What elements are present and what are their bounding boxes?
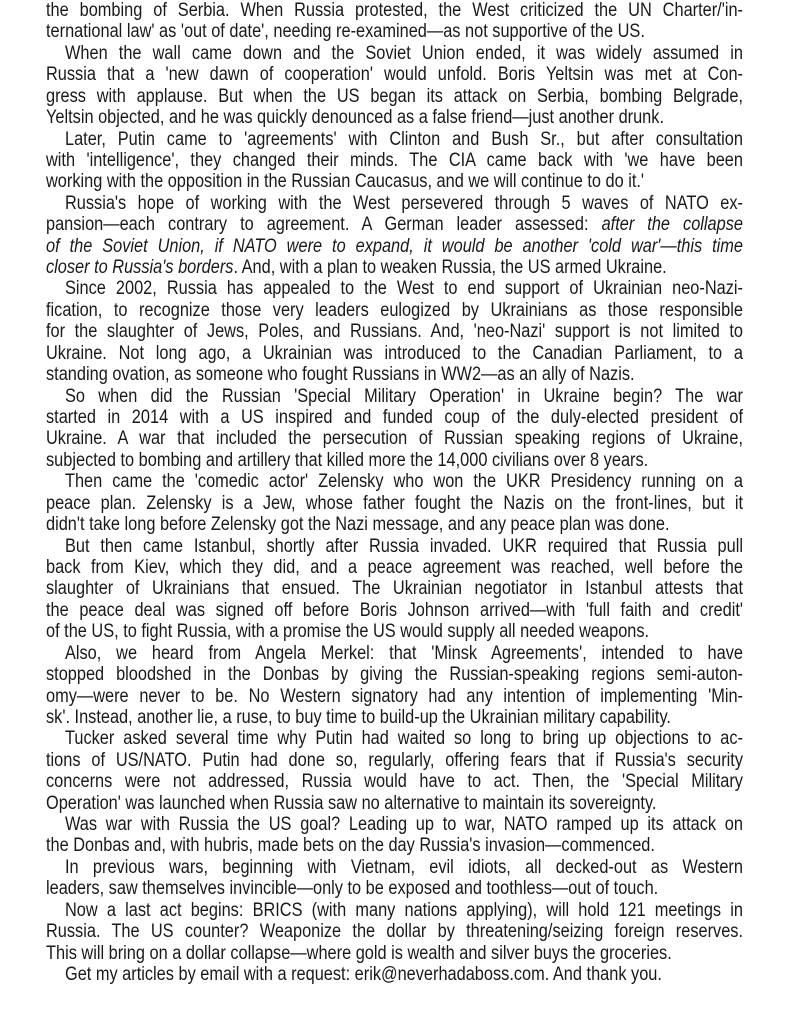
line-content: When the wall came down and the Soviet U…	[46, 43, 743, 64]
text-line: of the US, to fight Russia, with a promi…	[46, 621, 743, 642]
line-content: But then came Istanbul, shortly after Ru…	[46, 536, 743, 557]
line-text: This will bring on a dollar collapse—whe…	[46, 943, 672, 964]
line-text: pansion—each contrary to agreement. A Ge…	[46, 214, 602, 235]
text-line: leaders, saw themselves invincible—only …	[46, 878, 743, 899]
line-text: back from Kiev, which they did, and a pe…	[46, 557, 743, 578]
text-line: Russia that a 'new dawn of cooperation' …	[46, 64, 743, 85]
line-text: didn't take long before Zelensky got the…	[46, 514, 670, 535]
line-content: Now a last act begins: BRICS (with many …	[46, 900, 743, 921]
line-content: Yeltsin objected, and he was quickly den…	[46, 107, 743, 128]
paragraph-first-line: Since 2002, Russia has appealed to the W…	[46, 278, 743, 299]
line-text: In previous wars, beginning with Vietnam…	[65, 857, 743, 878]
line-content: Tucker asked several time why Putin had …	[46, 728, 743, 749]
line-content: Then came the 'comedic actor' Zelensky w…	[46, 471, 743, 492]
line-content: Russia's hope of working with the West p…	[46, 193, 743, 214]
line-content: Russia. The US counter? Weaponize the do…	[46, 921, 743, 942]
line-content: peace plan. Zelensky is a Jew, whose fat…	[46, 493, 743, 514]
line-text: Then came the 'comedic actor' Zelensky w…	[65, 471, 743, 492]
line-content: for the slaughter of Jews, Poles, and Ru…	[46, 321, 743, 342]
line-content: So when did the Russian 'Special Militar…	[46, 386, 743, 407]
line-text: Was war with Russia the US goal? Leading…	[65, 814, 743, 835]
line-content: leaders, saw themselves invincible—only …	[46, 878, 743, 899]
line-text: When the wall came down and the Soviet U…	[65, 43, 743, 64]
line-content: subjected to bombing and artillery that …	[46, 450, 743, 471]
line-content: working with the opposition in the Russi…	[46, 171, 743, 192]
text-line: working with the opposition in the Russi…	[46, 171, 743, 192]
line-content: Since 2002, Russia has appealed to the W…	[46, 278, 743, 299]
text-line: Russia. The US counter? Weaponize the do…	[46, 921, 743, 942]
text-line: closer to Russia's borders. And, with a …	[46, 257, 743, 278]
line-content: stopped bloodshed in the Donbas by givin…	[46, 664, 743, 685]
text-line: concerns were not addressed, Russia woul…	[46, 771, 743, 792]
line-content: closer to Russia's borders. And, with a …	[46, 257, 743, 278]
line-text: the peace deal was signed off before Bor…	[46, 600, 743, 621]
text-line: for the slaughter of Jews, Poles, and Ru…	[46, 321, 743, 342]
line-content: Also, we heard from Angela Merkel: that …	[46, 643, 743, 664]
line-content: the bombing of Serbia. When Russia prote…	[46, 0, 743, 21]
line-text: Get my articles by email with a request:…	[65, 964, 662, 985]
line-content: This will bring on a dollar collapse—whe…	[46, 943, 743, 964]
italic-quote: closer to Russia's borders	[46, 257, 233, 278]
line-content: fication, to recognize those very leader…	[46, 300, 743, 321]
text-line: Ukraine. A war that included the persecu…	[46, 428, 743, 449]
text-line: started in 2014 with a US inspired and f…	[46, 407, 743, 428]
article-text: the bombing of Serbia. When Russia prote…	[46, 0, 743, 985]
line-text: Russia's hope of working with the West p…	[65, 193, 743, 214]
line-content: In previous wars, beginning with Vietnam…	[46, 857, 743, 878]
line-content: of the US, to fight Russia, with a promi…	[46, 621, 743, 642]
text-line: stopped bloodshed in the Donbas by givin…	[46, 664, 743, 685]
text-line: fication, to recognize those very leader…	[46, 300, 743, 321]
line-content: gress with applause. But when the US beg…	[46, 86, 743, 107]
paragraph-first-line: Get my articles by email with a request:…	[46, 964, 743, 985]
italic-quote: of the Soviet Union, if NATO were to exp…	[46, 236, 743, 257]
line-content: Russia that a 'new dawn of cooperation' …	[46, 64, 743, 85]
line-text: with 'intelligence', they changed their …	[46, 150, 743, 171]
line-text: Tucker asked several time why Putin had …	[65, 728, 743, 749]
line-content: ternational law' as 'out of date', needi…	[46, 21, 743, 42]
line-text: Russia. The US counter? Weaponize the do…	[46, 921, 743, 942]
paragraph-first-line: Was war with Russia the US goal? Leading…	[46, 814, 743, 835]
line-text: sk'. Instead, another lie, a ruse, to bu…	[46, 707, 671, 728]
line-text: Also, we heard from Angela Merkel: that …	[65, 643, 743, 664]
line-text: for the slaughter of Jews, Poles, and Ru…	[46, 321, 743, 342]
line-text: started in 2014 with a US inspired and f…	[46, 407, 743, 428]
paragraph-first-line: Russia's hope of working with the West p…	[46, 193, 743, 214]
text-line: the bombing of Serbia. When Russia prote…	[46, 0, 743, 21]
line-content: concerns were not addressed, Russia woul…	[46, 771, 743, 792]
line-text: the Donbas and, with hubris, made bets o…	[46, 835, 655, 856]
text-line: standing ovation, as someone who fought …	[46, 364, 743, 385]
line-text: Ukraine. Not long ago, a Ukrainian was i…	[46, 343, 743, 364]
text-line: peace plan. Zelensky is a Jew, whose fat…	[46, 493, 743, 514]
line-text: Russia that a 'new dawn of cooperation' …	[46, 64, 743, 85]
line-content: Ukraine. Not long ago, a Ukrainian was i…	[46, 343, 743, 364]
paragraph-first-line: When the wall came down and the Soviet U…	[46, 43, 743, 64]
line-content: Get my articles by email with a request:…	[46, 964, 743, 985]
line-content: omy—were never to be. No Western signato…	[46, 686, 743, 707]
line-text: Operation' was launched when Russia saw …	[46, 793, 656, 814]
text-line: This will bring on a dollar collapse—whe…	[46, 943, 743, 964]
paragraph-first-line: Also, we heard from Angela Merkel: that …	[46, 643, 743, 664]
line-text: Now a last act begins: BRICS (with many …	[65, 900, 743, 921]
text-line: with 'intelligence', they changed their …	[46, 150, 743, 171]
text-line: of the Soviet Union, if NATO were to exp…	[46, 236, 743, 257]
line-content: started in 2014 with a US inspired and f…	[46, 407, 743, 428]
text-line: Operation' was launched when Russia saw …	[46, 793, 743, 814]
line-text: omy—were never to be. No Western signato…	[46, 686, 743, 707]
line-content: the Donbas and, with hubris, made bets o…	[46, 835, 743, 856]
line-content: tions of US/NATO. Putin had done so, reg…	[46, 750, 743, 771]
line-text: But then came Istanbul, shortly after Ru…	[65, 536, 743, 557]
text-line: pansion—each contrary to agreement. A Ge…	[46, 214, 743, 235]
line-content: with 'intelligence', they changed their …	[46, 150, 743, 171]
line-content: of the Soviet Union, if NATO were to exp…	[46, 236, 743, 257]
line-text: slaughter of Ukrainians that ensued. The…	[46, 578, 743, 599]
line-text: standing ovation, as someone who fought …	[46, 364, 635, 385]
line-text: of the US, to fight Russia, with a promi…	[46, 621, 649, 642]
line-content: the peace deal was signed off before Bor…	[46, 600, 743, 621]
line-text: the bombing of Serbia. When Russia prote…	[46, 0, 743, 21]
line-text: Ukraine. A war that included the persecu…	[46, 428, 743, 449]
text-line: the Donbas and, with hubris, made bets o…	[46, 835, 743, 856]
line-text: ternational law' as 'out of date', needi…	[46, 21, 645, 42]
paragraph-first-line: Now a last act begins: BRICS (with many …	[46, 900, 743, 921]
line-text: tions of US/NATO. Putin had done so, reg…	[46, 750, 743, 771]
line-content: Operation' was launched when Russia saw …	[46, 793, 743, 814]
paragraph-first-line: In previous wars, beginning with Vietnam…	[46, 857, 743, 878]
line-text: Since 2002, Russia has appealed to the W…	[65, 278, 743, 299]
paragraph-first-line: But then came Istanbul, shortly after Ru…	[46, 536, 743, 557]
line-text: Yeltsin objected, and he was quickly den…	[46, 107, 664, 128]
line-text: working with the opposition in the Russi…	[46, 171, 644, 192]
paragraph-first-line: So when did the Russian 'Special Militar…	[46, 386, 743, 407]
text-line: back from Kiev, which they did, and a pe…	[46, 557, 743, 578]
text-line: sk'. Instead, another lie, a ruse, to bu…	[46, 707, 743, 728]
line-text: leaders, saw themselves invincible—only …	[46, 878, 658, 899]
text-line: the peace deal was signed off before Bor…	[46, 600, 743, 621]
line-content: standing ovation, as someone who fought …	[46, 364, 743, 385]
text-line: omy—were never to be. No Western signato…	[46, 686, 743, 707]
line-text: So when did the Russian 'Special Militar…	[65, 386, 743, 407]
paragraph-first-line: Then came the 'comedic actor' Zelensky w…	[46, 471, 743, 492]
line-content: didn't take long before Zelensky got the…	[46, 514, 743, 535]
line-text: subjected to bombing and artillery that …	[46, 450, 648, 471]
line-content: pansion—each contrary to agreement. A Ge…	[46, 214, 743, 235]
text-line: tions of US/NATO. Putin had done so, reg…	[46, 750, 743, 771]
text-line: Yeltsin objected, and he was quickly den…	[46, 107, 743, 128]
line-content: sk'. Instead, another lie, a ruse, to bu…	[46, 707, 743, 728]
line-text: Later, Putin came to 'agreements' with C…	[65, 129, 743, 150]
paragraph-first-line: Tucker asked several time why Putin had …	[46, 728, 743, 749]
line-content: back from Kiev, which they did, and a pe…	[46, 557, 743, 578]
text-line: slaughter of Ukrainians that ensued. The…	[46, 578, 743, 599]
paragraph-first-line: Later, Putin came to 'agreements' with C…	[46, 129, 743, 150]
line-content: Ukraine. A war that included the persecu…	[46, 428, 743, 449]
line-text: peace plan. Zelensky is a Jew, whose fat…	[46, 493, 743, 514]
line-text: . And, with a plan to weaken Russia, the…	[233, 257, 666, 278]
line-content: slaughter of Ukrainians that ensued. The…	[46, 578, 743, 599]
italic-quote: after the collapse	[602, 214, 743, 235]
line-text: fication, to recognize those very leader…	[46, 300, 743, 321]
line-text: concerns were not addressed, Russia woul…	[46, 771, 743, 792]
line-text: stopped bloodshed in the Donbas by givin…	[46, 664, 743, 685]
text-line: subjected to bombing and artillery that …	[46, 450, 743, 471]
line-text: gress with applause. But when the US beg…	[46, 86, 743, 107]
line-content: Was war with Russia the US goal? Leading…	[46, 814, 743, 835]
text-line: ternational law' as 'out of date', needi…	[46, 21, 743, 42]
text-line: gress with applause. But when the US beg…	[46, 86, 743, 107]
text-line: didn't take long before Zelensky got the…	[46, 514, 743, 535]
text-line: Ukraine. Not long ago, a Ukrainian was i…	[46, 343, 743, 364]
line-content: Later, Putin came to 'agreements' with C…	[46, 129, 743, 150]
